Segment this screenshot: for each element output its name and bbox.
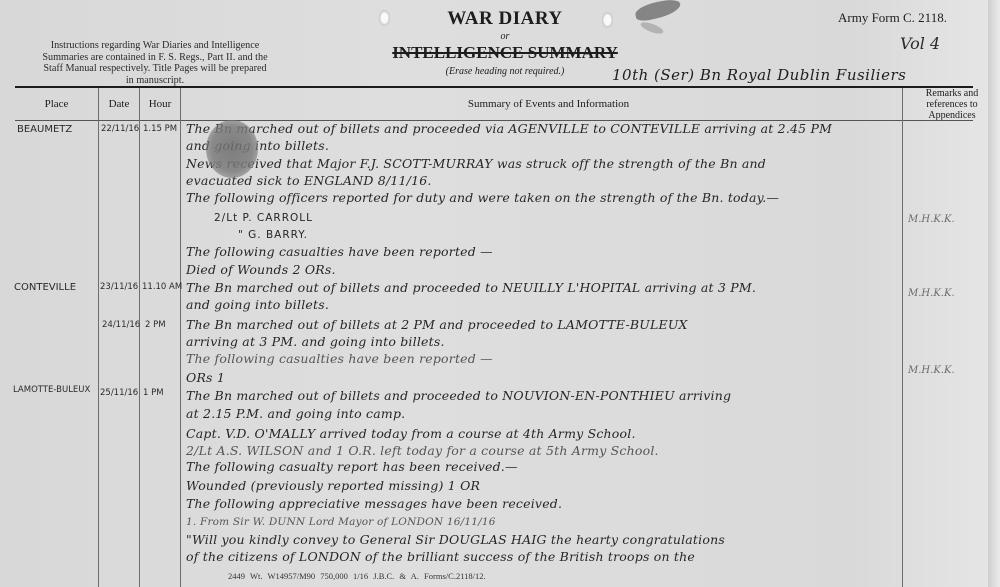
page-title: WAR DIARY — [380, 8, 630, 30]
summary-line: The following casualty report has been r… — [186, 459, 518, 474]
summary-line: The Bn marched out of billets and procee… — [186, 121, 832, 136]
ink-stain — [206, 120, 258, 178]
summary-line: "Will you kindly convey to General Sir D… — [186, 532, 725, 547]
col-place: Place — [15, 88, 98, 120]
army-form-number: Army Form C. 2118. — [838, 10, 947, 26]
entry-hour: 1.15 PM — [143, 124, 177, 134]
summary-line: " G. BARRY. — [238, 229, 308, 241]
unit-name: 10th (Ser) Bn Royal Dublin Fusiliers — [612, 66, 906, 84]
erase-note: (Erase heading not required.) — [380, 66, 630, 77]
summary-line: 2/Lt P. CARROLL — [214, 212, 313, 224]
entry-place: CONTEVILLE — [14, 282, 76, 293]
entry-hour: 2 PM — [145, 320, 166, 330]
summary-line: The Bn marched out of billets and procee… — [186, 388, 731, 403]
war-diary-page: Instructions regarding War Diaries and I… — [0, 0, 1000, 587]
summary-line: Capt. V.D. O'MALLY arrived today from a … — [186, 426, 636, 441]
remark-initials: M.H.K.K. — [908, 288, 955, 299]
summary-line: The Bn marched out of billets and procee… — [186, 280, 756, 295]
page-edge — [988, 0, 1000, 587]
summary-line: at 2.15 P.M. and going into camp. — [186, 406, 405, 421]
summary-line: News received that Major F.J. SCOTT-MURR… — [186, 156, 766, 171]
ink-blot — [634, 0, 682, 23]
col-hour: Hour — [140, 88, 180, 120]
volume-label: Vol 4 — [900, 34, 940, 53]
entry-hour: 1 PM — [143, 388, 164, 398]
entry-date: 24/11/16 — [102, 320, 140, 330]
col-remarks: Remarks and references to Appendices — [917, 88, 987, 120]
summary-line: The following officers reported for duty… — [186, 190, 779, 205]
struck-title: INTELLIGENCE SUMMARY — [380, 43, 630, 63]
remark-initials: M.H.K.K. — [908, 214, 955, 225]
title-block: WAR DIARY or INTELLIGENCE SUMMARY (Erase… — [380, 8, 630, 77]
form-footer: 2449 Wt. W14957/M90 750,000 1/16 J.B.C. … — [228, 571, 486, 581]
entry-hour: 11.10 AM — [142, 282, 182, 292]
summary-line: 1. From Sir W. DUNN Lord Mayor of LONDON… — [186, 516, 496, 528]
col-date: Date — [98, 88, 140, 120]
divider-hour-summary — [180, 88, 181, 587]
summary-line: The following casualties have been repor… — [186, 351, 493, 366]
ink-smudge — [639, 20, 664, 36]
summary-line: The Bn marched out of billets at 2 PM an… — [186, 317, 688, 332]
summary-line: of the citizens of LONDON of the brillia… — [186, 549, 695, 564]
column-headers: Place Date Hour Summary of Events and In… — [15, 88, 973, 120]
summary-line: Died of Wounds 2 ORs. — [186, 262, 336, 277]
form-instructions: Instructions regarding War Diaries and I… — [40, 40, 270, 86]
entry-place: LAMOTTE-BULEUX — [13, 385, 90, 395]
summary-line: The following appreciative messages have… — [186, 496, 562, 511]
entry-place: BEAUMETZ — [17, 124, 72, 135]
summary-line: 2/Lt A.S. WILSON and 1 O.R. left today f… — [186, 443, 659, 458]
divider-date-hour — [139, 88, 140, 587]
summary-line: arriving at 3 PM. and going into billets… — [186, 334, 445, 349]
entry-date: 22/11/16 — [101, 124, 139, 134]
summary-line: and going into billets. — [186, 297, 329, 312]
entry-date: 25/11/16 — [100, 388, 138, 398]
divider-summary-remarks — [902, 88, 903, 587]
summary-line: Wounded (previously reported missing) 1 … — [186, 478, 480, 493]
divider-place-date — [98, 88, 99, 587]
entry-date: 23/11/16 — [100, 282, 138, 292]
title-or: or — [380, 31, 630, 42]
remark-initials: M.H.K.K. — [908, 365, 955, 376]
summary-line: ORs 1 — [186, 370, 225, 385]
summary-line: The following casualties have been repor… — [186, 244, 493, 259]
col-summary: Summary of Events and Information — [180, 88, 917, 120]
